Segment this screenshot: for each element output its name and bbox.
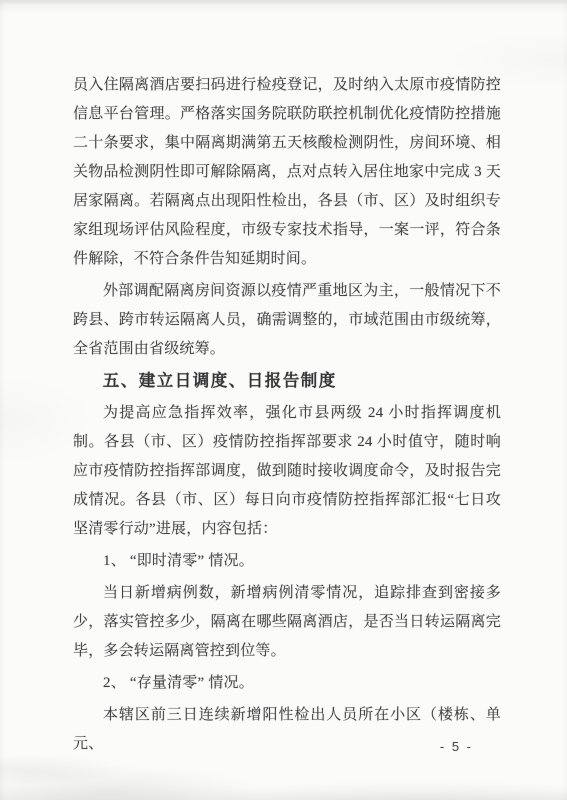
document-paragraph: 当日新增病例数，新增病例清零情况，追踪排查到密接多少，落实管控多少，隔离在哪些隔… xyxy=(73,579,501,666)
list-item: 1、 “即时清零” 情况。 xyxy=(73,547,501,576)
section-heading: 五、建立日调度、日报告制度 xyxy=(73,367,501,396)
list-item: 2、 “存量清零” 情况。 xyxy=(73,669,501,698)
document-content: 员入住隔离酒店要扫码进行检疫登记，及时纳入太原市疫情防控信息平台管理。严格落实国… xyxy=(73,71,501,762)
document-paragraph: 本辖区前三日连续新增阳性检出人员所在小区（楼栋、单元、 xyxy=(73,701,501,759)
document-paragraph: 员入住隔离酒店要扫码进行检疫登记，及时纳入太原市疫情防控信息平台管理。严格落实国… xyxy=(73,71,501,274)
document-paragraph: 外部调配隔离房间资源以疫情严重地区为主，一般情况下不跨县、跨市转运隔离人员，确需… xyxy=(73,277,501,364)
document-paragraph: 为提高应急指挥效率，强化市县两级 24 小时指挥调度机制。各县（市、区）疫情防控… xyxy=(73,399,501,544)
document-page: 员入住隔离酒店要扫码进行检疫登记，及时纳入太原市疫情防控信息平台管理。严格落实国… xyxy=(0,0,567,800)
page-number: - 5 - xyxy=(440,739,473,754)
scan-edge-artifact xyxy=(0,0,567,5)
